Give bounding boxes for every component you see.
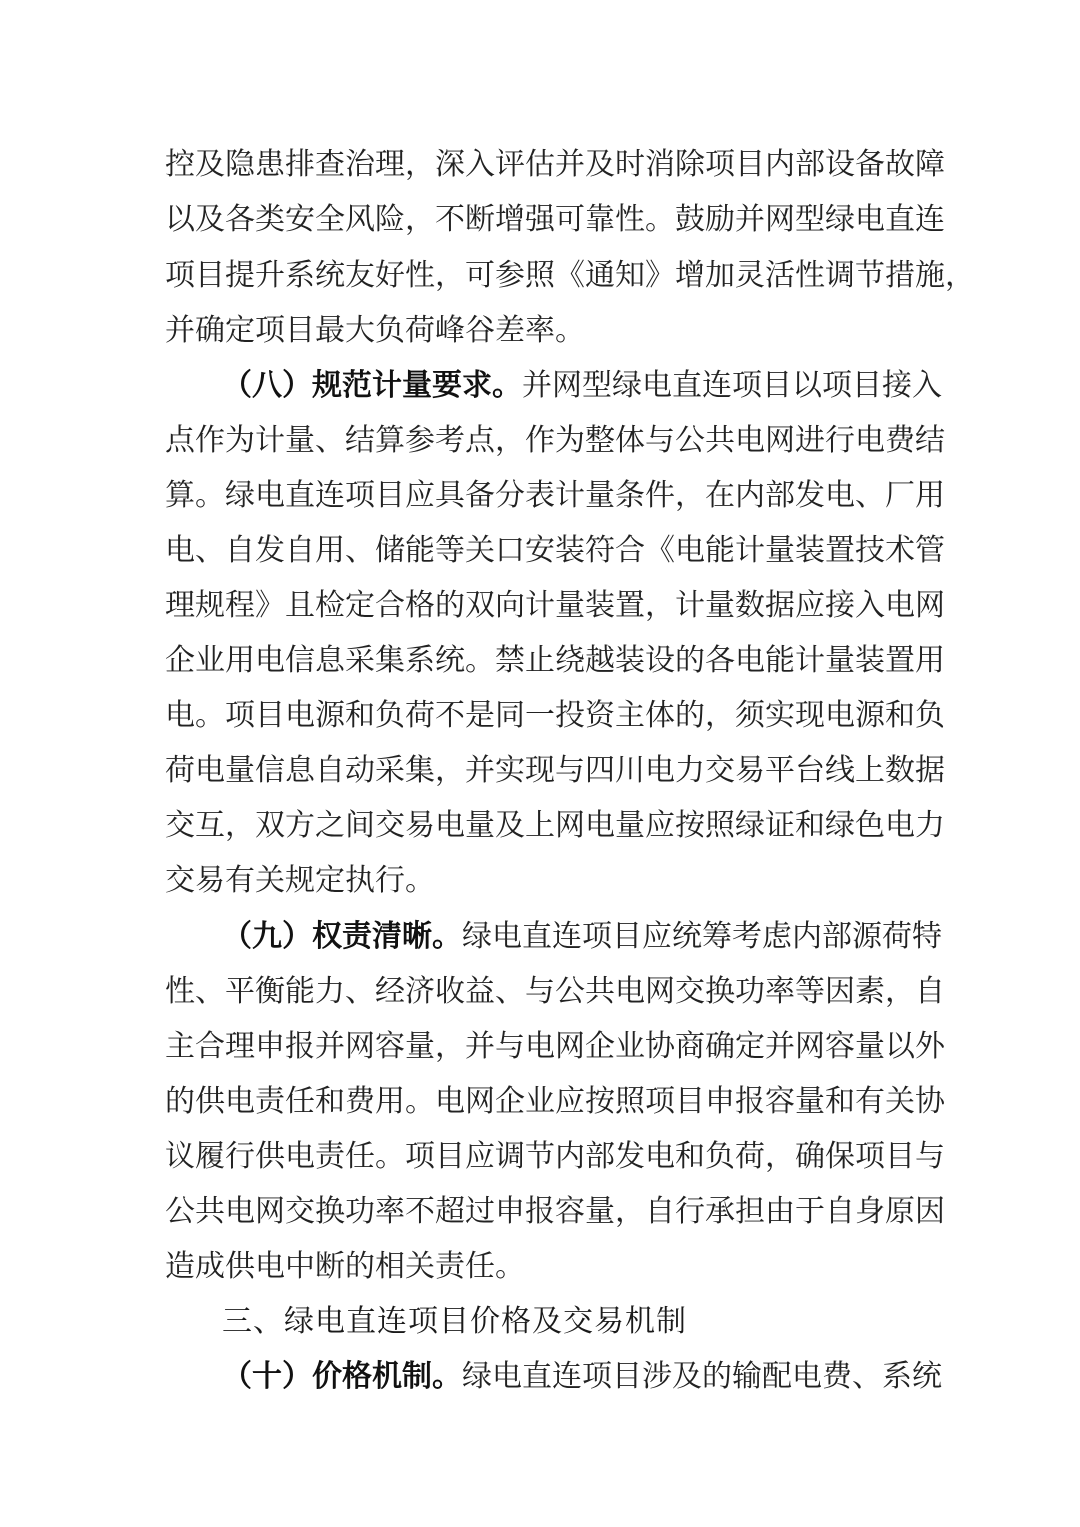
paragraph-line: 造成供电中断的相关责任。 — [165, 1247, 917, 1287]
section-9-heading: （九）权责清晰。 — [222, 919, 462, 954]
paragraph-line: 公共电网交换功率不超过申报容量，自行承担由于自身原因 — [165, 1192, 917, 1232]
section-10-first-text: 绿电直连项目涉及的输配电费、系统 — [462, 1359, 942, 1394]
section-10-first-line: （十）价格机制。绿电直连项目涉及的输配电费、系统 — [222, 1357, 917, 1397]
section-8-first-line: （八）规范计量要求。并网型绿电直连项目以项目接入 — [222, 366, 917, 406]
paragraph-line: 项目提升系统友好性，可参照《通知》增加灵活性调节措施， — [165, 256, 917, 296]
paragraph-line: 电。项目电源和负荷不是同一投资主体的，须实现电源和负 — [165, 696, 917, 736]
paragraph-line: 荷电量信息自动采集，并实现与四川电力交易平台线上数据 — [165, 751, 917, 791]
paragraph-line: 并确定项目最大负荷峰谷差率。 — [165, 311, 917, 351]
section-9-first-line: （九）权责清晰。绿电直连项目应统筹考虑内部源荷特 — [222, 917, 917, 957]
document-page: 控及隐患排查治理，深入评估并及时消除项目内部设备故障 以及各类安全风险，不断增强… — [0, 0, 1080, 1527]
section-9-first-text: 绿电直连项目应统筹考虑内部源荷特 — [462, 919, 942, 954]
section-10-heading: （十）价格机制。 — [222, 1359, 462, 1394]
paragraph-line: 交易有关规定执行。 — [165, 861, 917, 901]
paragraph-line: 控及隐患排查治理，深入评估并及时消除项目内部设备故障 — [165, 145, 917, 185]
paragraph-line: 电、自发自用、储能等关口安装符合《电能计量装置技术管 — [165, 531, 917, 571]
paragraph-line: 企业用电信息采集系统。禁止绕越装设的各电能计量装置用 — [165, 641, 917, 681]
paragraph-line: 算。绿电直连项目应具备分表计量条件，在内部发电、厂用 — [165, 476, 917, 516]
paragraph-line: 以及各类安全风险，不断增强可靠性。鼓励并网型绿电直连 — [165, 200, 917, 240]
section-8-heading: （八）规范计量要求。 — [222, 368, 522, 403]
paragraph-line: 议履行供电责任。项目应调节内部发电和负荷，确保项目与 — [165, 1137, 917, 1177]
paragraph-line: 点作为计量、结算参考点，作为整体与公共电网进行电费结 — [165, 421, 917, 461]
paragraph-line: 的供电责任和费用。电网企业应按照项目申报容量和有关协 — [165, 1082, 917, 1122]
paragraph-line: 性、平衡能力、经济收益、与公共电网交换功率等因素，自 — [165, 972, 917, 1012]
paragraph-line: 理规程》且检定合格的双向计量装置，计量数据应接入电网 — [165, 586, 917, 626]
paragraph-line: 主合理申报并网容量，并与电网企业协商确定并网容量以外 — [165, 1027, 917, 1067]
chapter-3-title: 三、绿电直连项目价格及交易机制 — [222, 1302, 687, 1342]
section-8-first-text: 并网型绿电直连项目以项目接入 — [522, 368, 942, 403]
paragraph-line: 交互，双方之间交易电量及上网电量应按照绿证和绿色电力 — [165, 806, 917, 846]
